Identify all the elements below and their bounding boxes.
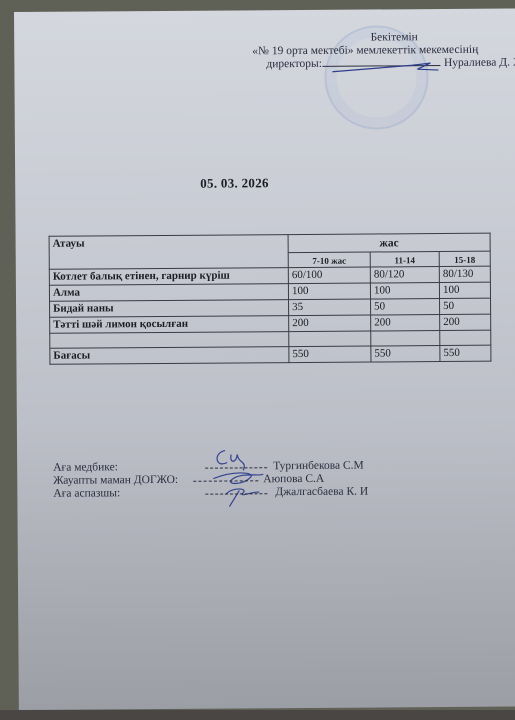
director-name: Нуралиева Д. Х — [444, 56, 515, 69]
menu-date: 05. 03. 2026 — [200, 175, 269, 191]
approval-director-line: директоры: Нуралиева Д. Х — [244, 57, 504, 72]
column-header-age-3: 15-18 — [439, 251, 490, 266]
signature-name: Аюпова С.А — [263, 473, 324, 486]
table-row-price: Бағасы 550 550 550 — [50, 345, 491, 364]
portion-value: 200 — [289, 315, 371, 332]
director-signature-icon — [322, 61, 440, 74]
dish-name — [50, 332, 289, 349]
menu-table: Атауы жас 7-10 жас 11-14 15-18 Котлет ба… — [49, 233, 492, 365]
dish-name: Котлет балық етінен, гарнир күріш — [49, 268, 288, 286]
portion-value: 80/130 — [439, 266, 490, 282]
background-surface — [0, 710, 515, 720]
portion-value: 200 — [440, 314, 491, 330]
price-value: 550 — [440, 345, 491, 361]
price-value: 550 — [289, 346, 371, 363]
menu-document: Бекітемін «№ 19 орта мектебі» мемлекетті… — [14, 8, 515, 710]
column-header-age-2: 11-14 — [370, 252, 439, 267]
signature-role: Жауапты маман ДОГЖО: — [53, 474, 178, 488]
portion-value: 60/100 — [288, 267, 370, 284]
dish-name: Бидай наны — [50, 300, 289, 318]
dish-name: Тәтті шәй лимон қосылған — [50, 316, 289, 334]
director-signature-line — [322, 65, 440, 67]
portion-value: 80/120 — [370, 267, 439, 283]
portion-value: 50 — [440, 298, 491, 314]
portion-value: 100 — [370, 283, 439, 299]
column-header-age-group: жас — [288, 233, 490, 253]
approval-block: Бекітемін «№ 19 орта мектебі» мемлекетті… — [244, 31, 504, 72]
portion-value: 50 — [371, 299, 440, 315]
signature-role: Аға аспазшы: — [53, 487, 120, 500]
price-value: 550 — [371, 346, 440, 362]
dish-name: Алма — [49, 284, 288, 302]
portion-value: 100 — [439, 282, 490, 298]
portion-value: 100 — [288, 283, 370, 300]
portion-value: 35 — [289, 299, 371, 316]
price-label: Бағасы — [50, 347, 289, 365]
portion-value — [289, 331, 371, 347]
director-label: директоры: — [266, 58, 322, 70]
portion-value: 200 — [371, 315, 440, 331]
signature-role: Аға медбике: — [53, 461, 118, 474]
signature-name: Тургинбекова С.М — [273, 460, 364, 474]
portion-value — [371, 331, 440, 346]
column-header-name: Атауы — [49, 235, 288, 270]
column-header-age-1: 7-10 жас — [288, 252, 370, 267]
portion-value — [440, 330, 491, 345]
signature-name: Джалгасбаева К. И — [275, 486, 368, 500]
